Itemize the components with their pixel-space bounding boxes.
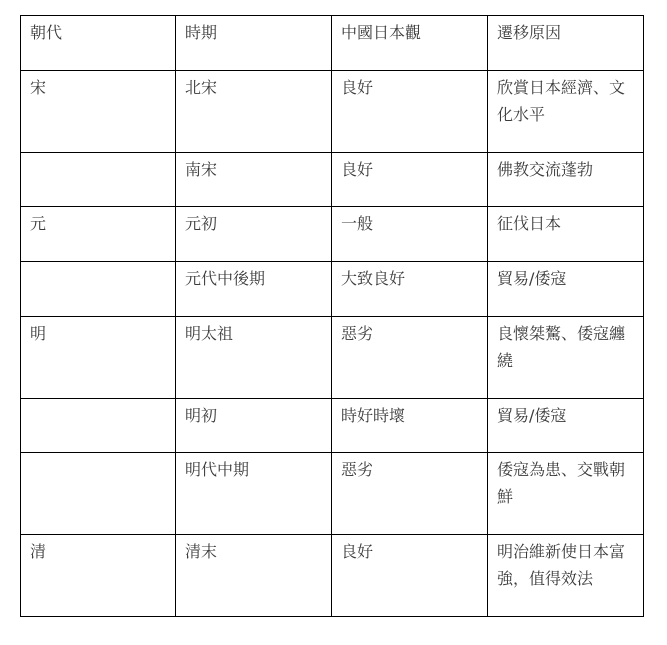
cell-dynasty: 明 xyxy=(21,317,176,399)
header-dynasty: 朝代 xyxy=(21,16,176,71)
cell-reason: 征伐日本 xyxy=(488,207,644,262)
dynasty-japan-view-table: 朝代 時期 中國日本觀 遷移原因 宋 北宋 良好 欣賞日本經濟、文化水平 南宋 … xyxy=(20,15,644,617)
cell-view: 大致良好 xyxy=(332,262,488,317)
header-period: 時期 xyxy=(176,16,332,71)
table-row: 清 清末 良好 明治維新使日本富強，值得效法 xyxy=(21,535,644,617)
table-row: 宋 北宋 良好 欣賞日本經濟、文化水平 xyxy=(21,71,644,153)
cell-period: 清末 xyxy=(176,535,332,617)
header-china-view-of-japan: 中國日本觀 xyxy=(332,16,488,71)
cell-dynasty xyxy=(21,153,176,207)
cell-dynasty xyxy=(21,262,176,317)
table-row: 明 明太祖 惡劣 良懷桀驁、倭寇纏繞 xyxy=(21,317,644,399)
cell-view: 一般 xyxy=(332,207,488,262)
cell-view: 惡劣 xyxy=(332,453,488,535)
cell-period: 元初 xyxy=(176,207,332,262)
cell-period: 南宋 xyxy=(176,153,332,207)
cell-view: 良好 xyxy=(332,153,488,207)
cell-view: 惡劣 xyxy=(332,317,488,399)
cell-reason: 倭寇為患、交戰朝鮮 xyxy=(488,453,644,535)
cell-dynasty xyxy=(21,453,176,535)
cell-view: 良好 xyxy=(332,535,488,617)
cell-reason: 貿易/倭寇 xyxy=(488,262,644,317)
table-header-row: 朝代 時期 中國日本觀 遷移原因 xyxy=(21,16,644,71)
table-row: 明初 時好時壞 貿易/倭寇 xyxy=(21,399,644,453)
cell-period: 明太祖 xyxy=(176,317,332,399)
cell-period: 明初 xyxy=(176,399,332,453)
table-row: 元 元初 一般 征伐日本 xyxy=(21,207,644,262)
cell-period: 明代中期 xyxy=(176,453,332,535)
cell-reason: 明治維新使日本富強，值得效法 xyxy=(488,535,644,617)
cell-reason: 欣賞日本經濟、文化水平 xyxy=(488,71,644,153)
table-row: 南宋 良好 佛教交流蓬勃 xyxy=(21,153,644,207)
cell-dynasty xyxy=(21,399,176,453)
cell-reason: 良懷桀驁、倭寇纏繞 xyxy=(488,317,644,399)
cell-dynasty: 元 xyxy=(21,207,176,262)
cell-view: 時好時壞 xyxy=(332,399,488,453)
cell-view: 良好 xyxy=(332,71,488,153)
table-row: 元代中後期 大致良好 貿易/倭寇 xyxy=(21,262,644,317)
cell-reason: 佛教交流蓬勃 xyxy=(488,153,644,207)
cell-period: 元代中後期 xyxy=(176,262,332,317)
cell-dynasty: 清 xyxy=(21,535,176,617)
cell-dynasty: 宋 xyxy=(21,71,176,153)
header-change-reason: 遷移原因 xyxy=(488,16,644,71)
cell-reason: 貿易/倭寇 xyxy=(488,399,644,453)
table-row: 明代中期 惡劣 倭寇為患、交戰朝鮮 xyxy=(21,453,644,535)
cell-period: 北宋 xyxy=(176,71,332,153)
